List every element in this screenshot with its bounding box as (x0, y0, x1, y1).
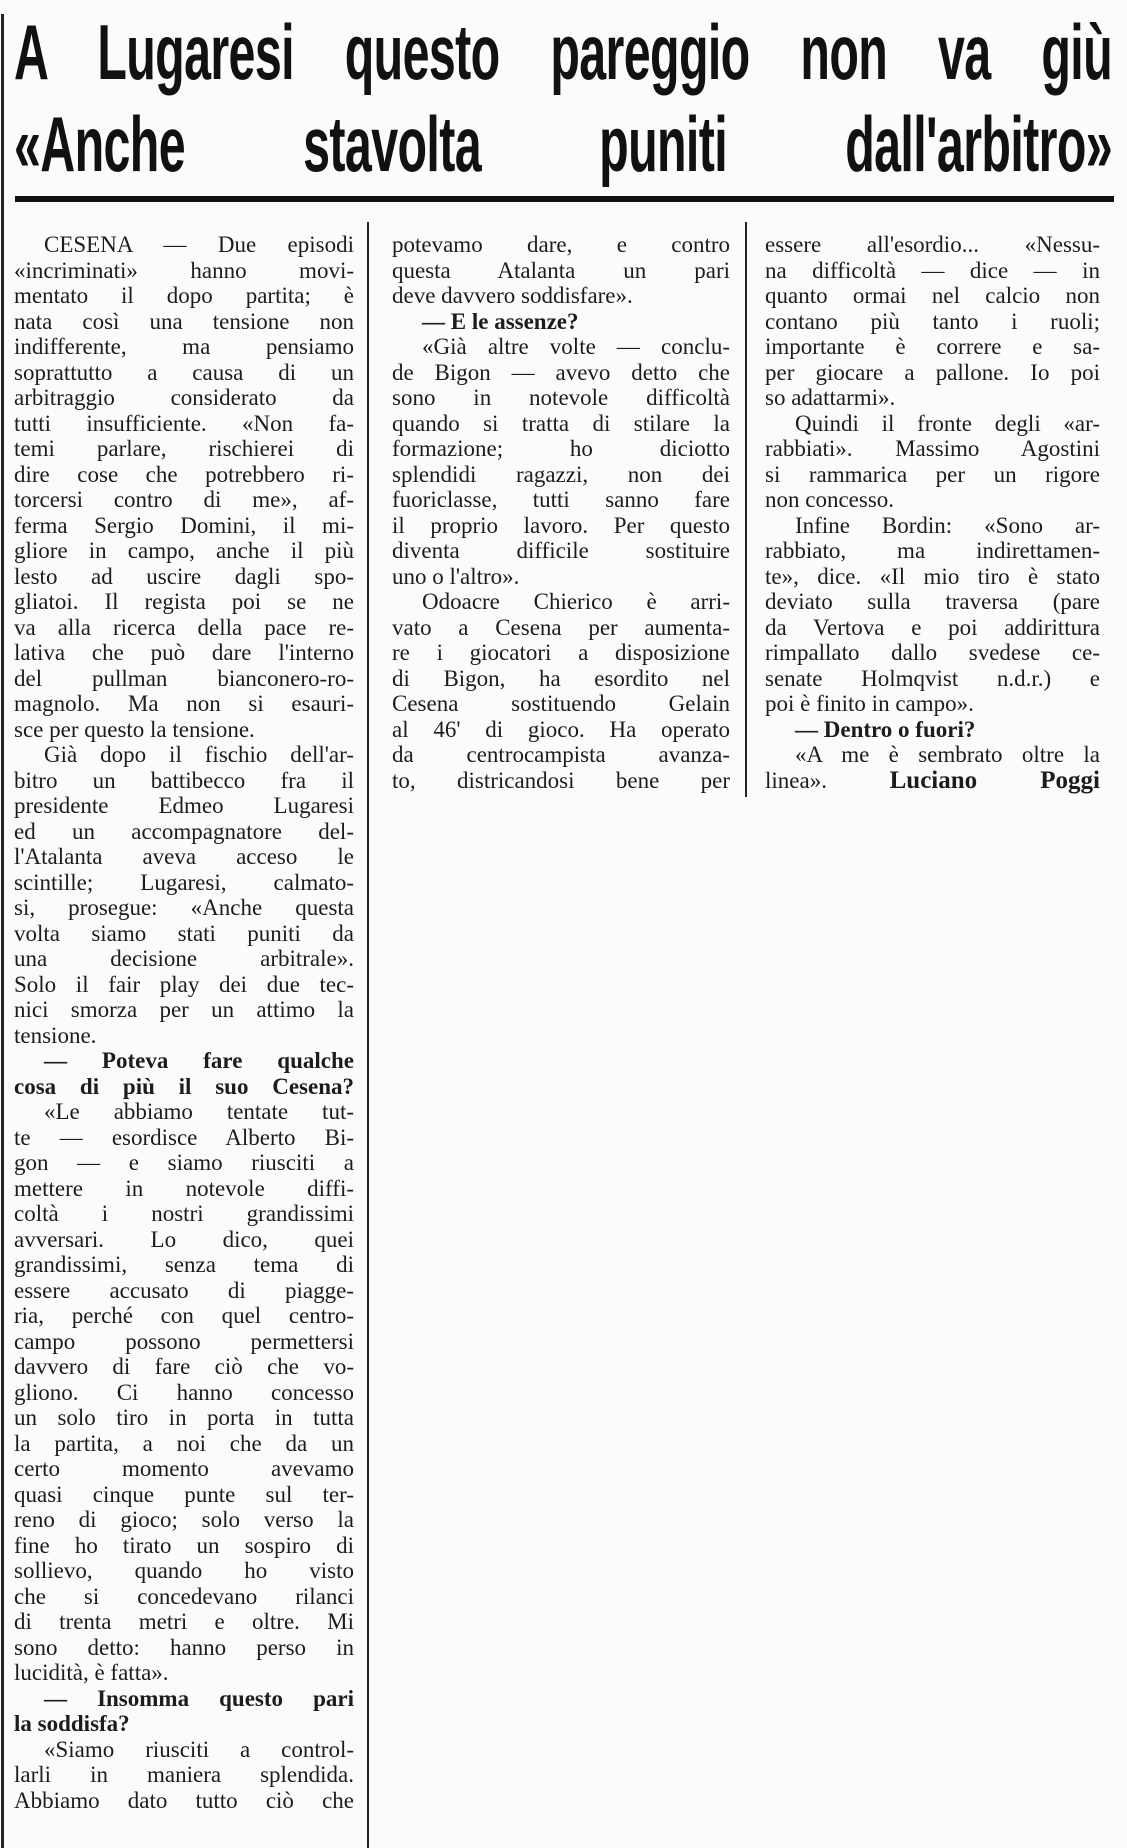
article-column-2: potevamo dare, e contro questa Atalanta … (392, 232, 730, 793)
text-line: soprattutto a causa di un (14, 360, 354, 386)
text-line: al 46' di gioco. Ha operato (392, 717, 730, 743)
text-line: una decisione arbitrale». (14, 946, 354, 972)
text-line: lucidità, è fatta». (14, 1660, 354, 1686)
text-line: indifferente, ma pensiamo (14, 334, 354, 360)
text-line: sono in notevole difficoltà (392, 385, 730, 411)
text-line: senate Holmqvist n.d.r.) e (765, 666, 1100, 692)
text-line: fine ho tirato un sospiro di (14, 1533, 354, 1559)
text-line: te», dice. «Il mio tiro è stato (765, 564, 1100, 590)
interview-question: la soddisfa? (14, 1711, 354, 1737)
text-line: sono detto: hanno perso in (14, 1635, 354, 1661)
text-line: si, prosegue: «Anche questa (14, 895, 354, 921)
headline: A Lugaresi questo pareggio non va giù «A… (14, 6, 1114, 190)
text-line: un solo tiro in porta in tutta (14, 1405, 354, 1431)
headline-line-2: «Anche stavolta puniti dall'arbitro» (14, 98, 1112, 190)
text-line: bitro un battibecco fra il (14, 768, 354, 794)
text-line: presidente Edmeo Lugaresi (14, 793, 354, 819)
text-line: di Bigon, ha esordito nel (392, 666, 730, 692)
text-line: deviato sulla traversa (pare (765, 589, 1100, 615)
text-line: lesto ad uscire dagli spo- (14, 564, 354, 590)
text-line: il proprio lavoro. Per questo (392, 513, 730, 539)
text-line: te — esordisce Alberto Bi- (14, 1125, 354, 1151)
text-line: avversari. Lo dico, quei (14, 1227, 354, 1253)
article-column-1: CESENA — Due episodi «incriminati» hanno… (14, 232, 354, 1813)
text-line: quasi cinque punte sul ter- (14, 1482, 354, 1508)
headline-rule (15, 196, 1114, 202)
text-line: nici smorza per un attimo la (14, 997, 354, 1023)
text-line: gliatoi. Il regista poi se ne (14, 589, 354, 615)
text-line: Odoacre Chierico è arri- (392, 589, 730, 615)
text-line: na difficoltà — dice — in (765, 258, 1100, 284)
text-line: sce per questo la tensione. (14, 717, 354, 743)
text-line: nata così una tensione non (14, 309, 354, 335)
text-line: gliore in campo, anche il più (14, 538, 354, 564)
closing-line: linea». Luciano Poggi (765, 768, 1100, 794)
text-line: certo momento avevamo (14, 1456, 354, 1482)
text-line: «incriminati» hanno movi- (14, 258, 354, 284)
text-line: campo possono permettersi (14, 1329, 354, 1355)
text-line: del pullman bianconero-ro- (14, 666, 354, 692)
text-line: vato a Cesena per aumenta- (392, 615, 730, 641)
text-line: questa Atalanta un pari (392, 258, 730, 284)
text-line: gon — e siamo riusciti a (14, 1150, 354, 1176)
text-line: linea». (765, 768, 827, 793)
text-line: formazione; ho diciotto (392, 436, 730, 462)
text-line: torcersi contro di me», af- (14, 487, 354, 513)
text-line: «A me è sembrato oltre la (765, 742, 1100, 768)
text-line: splendidi ragazzi, non dei (392, 462, 730, 488)
text-line: quanto ormai nel calcio non (765, 283, 1100, 309)
text-line: temi parlare, rischierei di (14, 436, 354, 462)
text-line: da Vertova e poi addirittura (765, 615, 1100, 641)
text-line: «Siamo riusciti a control- (14, 1737, 354, 1763)
headline-line-1: A Lugaresi questo pareggio non va giù (14, 6, 1112, 98)
text-line: l'Atalanta aveva acceso le (14, 844, 354, 870)
text-line: reno di gioco; solo verso la (14, 1507, 354, 1533)
interview-question: — Insomma questo pari (14, 1686, 354, 1712)
text-line: tutti insufficiente. «Non fa- (14, 411, 354, 437)
text-line: contano più tanto i ruoli; (765, 309, 1100, 335)
article-column-3: essere all'esordio... «Nessu- na diffico… (765, 232, 1100, 793)
text-line: poi è finito in campo». (765, 691, 1100, 717)
text-line: rabbiati». Massimo Agostini (765, 436, 1100, 462)
text-line: mettere in notevole diffi- (14, 1176, 354, 1202)
text-line: arbitraggio considerato da (14, 385, 354, 411)
text-line: «Già altre volte — conclu- (392, 334, 730, 360)
text-line: Infine Bordin: «Sono ar- (765, 513, 1100, 539)
text-line: de Bigon — avevo detto che (392, 360, 730, 386)
interview-question: — E le assenze? (392, 309, 730, 335)
text-line: larli in maniera splendida. (14, 1762, 354, 1788)
text-line: la partita, a noi che da un (14, 1431, 354, 1457)
text-line: di trenta metri e oltre. Mi (14, 1609, 354, 1635)
column-divider-2 (745, 222, 747, 797)
text-line: per giocare a pallone. Io poi (765, 360, 1100, 386)
page-left-border (1, 14, 4, 1848)
text-line: essere all'esordio... «Nessu- (765, 232, 1100, 258)
text-line: non concesso. (765, 487, 1100, 513)
interview-question: cosa di più il suo Cesena? (14, 1074, 354, 1100)
text-line: essere accusato di piagge- (14, 1278, 354, 1304)
text-line: Già dopo il fischio dell'ar- (14, 742, 354, 768)
text-line: CESENA — Due episodi (14, 232, 354, 258)
text-line: ferma Sergio Domini, il mi- (14, 513, 354, 539)
text-line: ria, perché con quel centro- (14, 1303, 354, 1329)
text-line: mentato il dopo partita; è (14, 283, 354, 309)
text-line: Solo il fair play dei due tec- (14, 972, 354, 998)
text-line: so adattarmi». (765, 385, 1100, 411)
text-line: che si concedevano rilanci (14, 1584, 354, 1610)
byline: Luciano Poggi (890, 767, 1100, 794)
text-line: coltà i nostri grandissimi (14, 1201, 354, 1227)
text-line: importante è correre e sa- (765, 334, 1100, 360)
text-line: gliono. Ci hanno concesso (14, 1380, 354, 1406)
text-line: lativa che può dare l'interno (14, 640, 354, 666)
text-line: dire cose che potrebbero ri- (14, 462, 354, 488)
text-line: rimpallato dallo svedese ce- (765, 640, 1100, 666)
text-line: uno o l'altro». (392, 564, 730, 590)
text-line: volta siamo stati puniti da (14, 921, 354, 947)
interview-question: — Dentro o fuori? (765, 717, 1100, 743)
text-line: re i giocatori a disposizione (392, 640, 730, 666)
text-line: da centrocampista avanza- (392, 742, 730, 768)
text-line: deve davvero soddisfare». (392, 283, 730, 309)
text-line: grandissimi, senza tema di (14, 1252, 354, 1278)
text-line: sollievo, quando ho visto (14, 1558, 354, 1584)
text-line: diventa difficile sostituire (392, 538, 730, 564)
text-line: tensione. (14, 1023, 354, 1049)
text-line: davvero di fare ciò che vo- (14, 1354, 354, 1380)
text-line: va alla ricerca della pace re- (14, 615, 354, 641)
text-line: scintille; Lugaresi, calmato- (14, 870, 354, 896)
text-line: si rammarica per un rigore (765, 462, 1100, 488)
text-line: Cesena sostituendo Gelain (392, 691, 730, 717)
text-line: Quindi il fronte degli «ar- (765, 411, 1100, 437)
text-line: ed un accompagnatore del- (14, 819, 354, 845)
text-line: rabbiato, ma indirettamen- (765, 538, 1100, 564)
text-line: quando si tratta di stilare la (392, 411, 730, 437)
text-line: to, districandosi bene per (392, 768, 730, 794)
text-line: «Le abbiamo tentate tut- (14, 1099, 354, 1125)
interview-question: — Poteva fare qualche (14, 1048, 354, 1074)
column-divider-1 (367, 222, 369, 1848)
text-line: Abbiamo dato tutto ciò che (14, 1788, 354, 1814)
text-line: potevamo dare, e contro (392, 232, 730, 258)
text-line: fuoriclasse, tutti sanno fare (392, 487, 730, 513)
text-line: magnolo. Ma non si esauri- (14, 691, 354, 717)
